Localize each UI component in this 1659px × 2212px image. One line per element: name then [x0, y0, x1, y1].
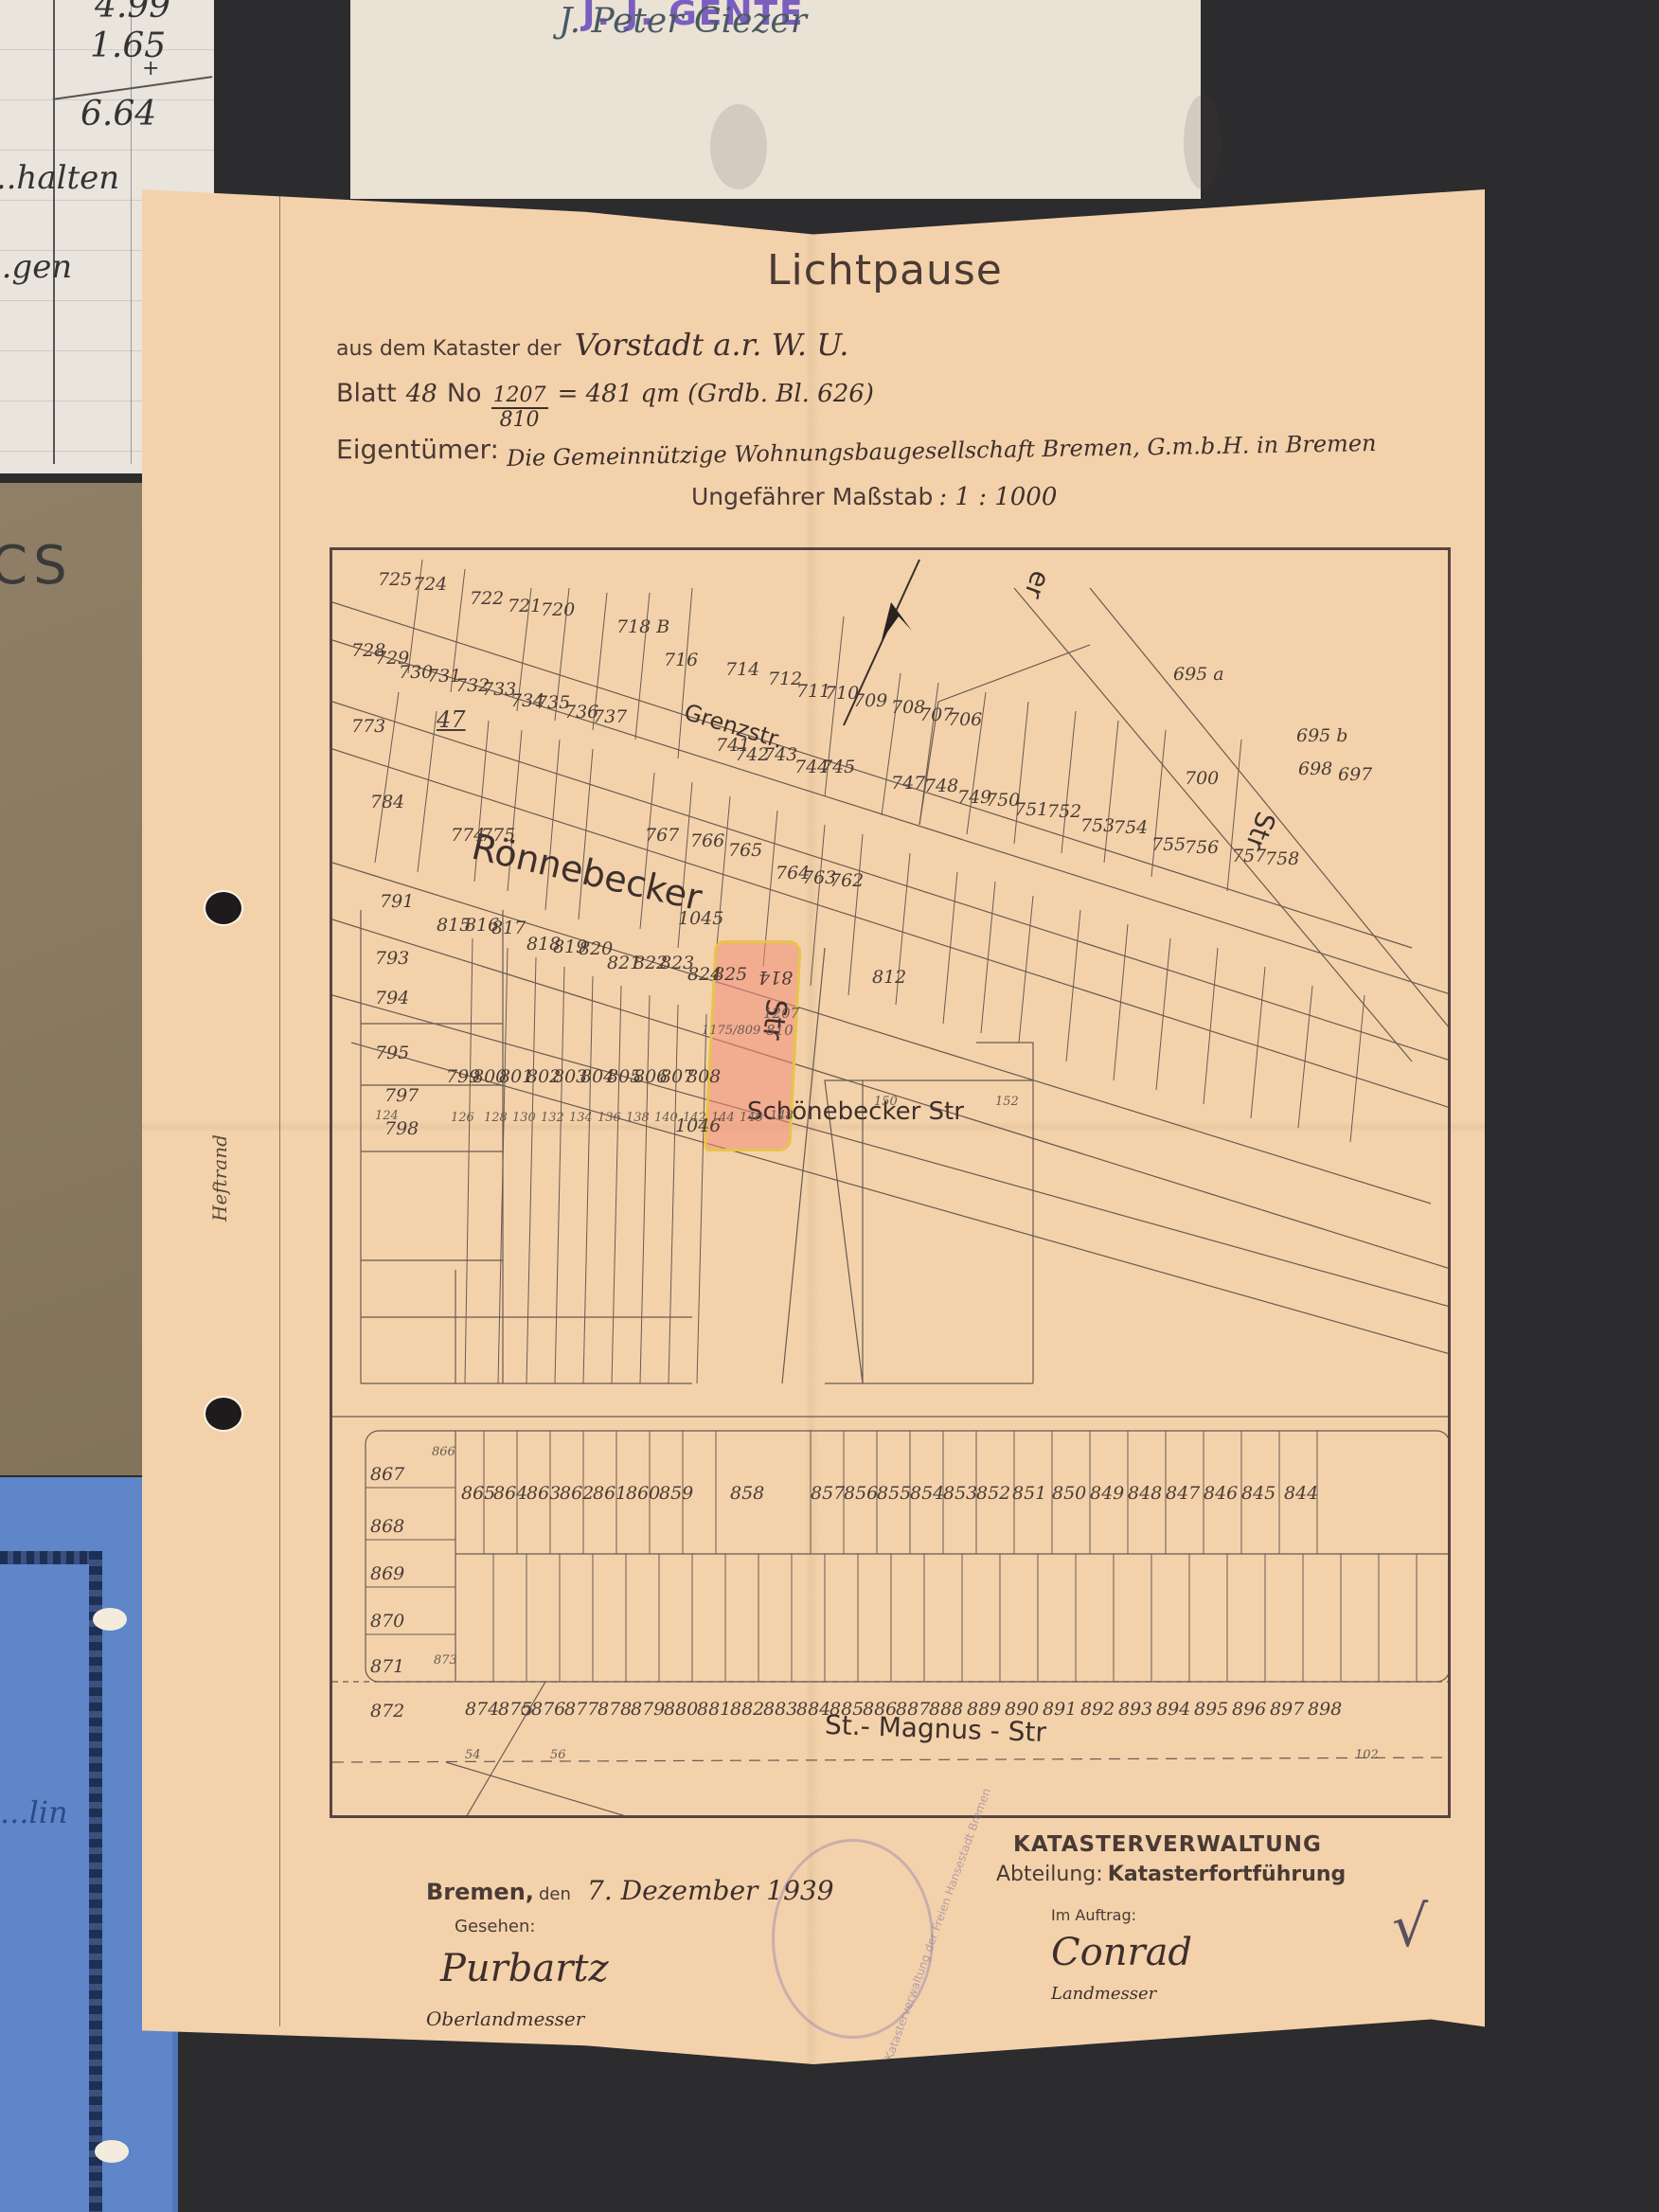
- parcel-label: 862: [560, 1483, 594, 1504]
- punch-hole: [95, 2140, 129, 2163]
- parcel-label: 845: [1241, 1483, 1275, 1504]
- blatt-row: Blatt 48 No 1207 810 = 481 qm (Grdb. Bl.…: [336, 379, 874, 432]
- parcel-label: 695 b: [1296, 725, 1347, 746]
- gesehen-label: Gesehen:: [455, 1917, 535, 1936]
- im-auftrag-label: Im Auftrag:: [1051, 1906, 1136, 1924]
- parcel-label: 894: [1156, 1699, 1190, 1720]
- parcel-label: 882: [730, 1699, 764, 1720]
- block-number: 47: [437, 706, 466, 733]
- parcel-label: 775: [481, 825, 515, 846]
- scale-label: Ungefährer Maßstab: [691, 483, 933, 510]
- parcel-label: 1175/809: [702, 1024, 760, 1038]
- parcel-label: 870: [370, 1611, 404, 1632]
- footer-left: Bremen, den 7. Dezember 1939 Gesehen: Pu…: [426, 1875, 834, 1906]
- department-label: Abteilung:: [996, 1863, 1103, 1886]
- lichtpause-document: Heftrand Lichtpause aus dem Kataster der…: [142, 189, 1485, 2064]
- letter-sheet: J. J. GENTE J. Peter Giezer: [350, 0, 1201, 199]
- parcel-label: 860: [626, 1483, 660, 1504]
- parcel-label: 888: [929, 1699, 963, 1720]
- parcel-label: 898: [1308, 1699, 1342, 1720]
- booklet-handwriting: ...lin: [0, 1794, 68, 1830]
- house-number: 124: [375, 1109, 399, 1123]
- parcel-label: 725: [378, 569, 412, 590]
- parcel-label: 854: [910, 1483, 944, 1504]
- parcel-label: 814: [758, 967, 793, 988]
- parcel-label: 866: [432, 1445, 455, 1459]
- parcel-label: 793: [375, 948, 409, 969]
- parcel-label: 896: [1232, 1699, 1266, 1720]
- house-number: 142: [683, 1111, 706, 1125]
- scale-row: Ungefährer Maßstab : 1 : 1000: [691, 483, 1057, 511]
- ledger-sum: 6.64: [80, 95, 156, 134]
- signature-right: Conrad: [1051, 1931, 1192, 1974]
- parcel-label: 852: [976, 1483, 1010, 1504]
- parcel-label: 762: [829, 870, 864, 891]
- parcel-label: 886: [863, 1699, 897, 1720]
- ledger-handwriting: ...gen: [0, 248, 72, 286]
- house-number: 128: [484, 1111, 508, 1125]
- parcel-label: 745: [821, 757, 855, 777]
- house-number: 150: [874, 1095, 898, 1109]
- parcel-label: 784: [370, 792, 404, 812]
- parcel-label: 858: [730, 1483, 764, 1504]
- folder-title: CS: [0, 535, 73, 597]
- parcel-label: 889: [967, 1699, 1001, 1720]
- ledger-rule: [131, 0, 132, 464]
- kataster-value: Vorstadt a.r. W. U.: [575, 327, 849, 363]
- parcel-label: 722: [470, 588, 504, 609]
- parcel-label: 773: [351, 716, 385, 737]
- parcel-label: 884: [796, 1699, 830, 1720]
- house-number: 138: [626, 1111, 650, 1125]
- parcel-label: 747: [891, 773, 925, 794]
- parcel-label: 767: [645, 825, 679, 846]
- kataster-row: aus dem Kataster der Vorstadt a.r. W. U.: [336, 327, 848, 363]
- highlighted-parcel-label: 810: [766, 1022, 794, 1039]
- parcel-label: 766: [690, 830, 724, 851]
- document-title: Lichtpause: [767, 246, 1003, 294]
- ledger-handwriting: ...halten: [0, 159, 119, 197]
- parcel-label: 851: [1012, 1483, 1046, 1504]
- parcel-label: 885: [829, 1699, 864, 1720]
- ornamental-border: [0, 1551, 100, 1564]
- parcel-label: 849: [1090, 1483, 1124, 1504]
- owner-value: Die Gemeinnützige Wohnungsbaugesellschaf…: [507, 430, 1377, 472]
- house-number: 130: [512, 1111, 536, 1125]
- department-value: Katasterfortführung: [1108, 1863, 1347, 1886]
- parcel-label: 880: [664, 1699, 698, 1720]
- parcel-label: 877: [564, 1699, 598, 1720]
- owner-row: Eigentümer: Die Gemeinnützige Wohnungsba…: [336, 434, 1376, 465]
- parcel-label: 868: [370, 1516, 404, 1537]
- parcel-label: 748: [924, 776, 958, 796]
- house-number: 132: [541, 1111, 564, 1125]
- signatory-title-right: Landmesser: [1051, 1984, 1156, 2004]
- parcel-label: 876: [531, 1699, 565, 1720]
- ornamental-border: [89, 1551, 102, 2212]
- parcel-label: 743: [763, 744, 797, 765]
- cadastral-map: Grenzstr. Rönnebecker Schönebecker Str S…: [330, 547, 1451, 1818]
- parcel-label: 874: [465, 1699, 499, 1720]
- parcel-label: 857: [811, 1483, 845, 1504]
- parcel-label: 869: [370, 1563, 404, 1584]
- parcel-label: 891: [1043, 1699, 1077, 1720]
- parcel-label: 791: [380, 891, 414, 912]
- official-seal: Katasterverwaltung der Freien Hansestadt…: [772, 1839, 934, 2039]
- parcel-denominator: 810: [500, 409, 540, 432]
- parcel-label: 850: [1052, 1483, 1086, 1504]
- margin-note: Heftrand: [208, 1134, 231, 1222]
- house-number: 134: [569, 1111, 593, 1125]
- parcel-label: 757: [1232, 846, 1266, 866]
- parcel-numerator: 1207: [491, 384, 548, 409]
- parcel-fraction: 1207 810: [491, 384, 548, 432]
- parcel-label: 700: [1185, 768, 1219, 789]
- parcel-label: 897: [1270, 1699, 1304, 1720]
- parcel-label: 720: [541, 599, 575, 620]
- parcel-label: 879: [631, 1699, 665, 1720]
- parcel-label: 861: [593, 1483, 627, 1504]
- parcel-label: 797: [384, 1085, 419, 1106]
- parcel-label: 878: [598, 1699, 632, 1720]
- parcel-label: 753: [1080, 815, 1115, 836]
- blatt-value: 48: [406, 380, 437, 408]
- department: Abteilung: Katasterfortführung: [996, 1863, 1346, 1886]
- parcel-label: 755: [1151, 834, 1186, 855]
- house-number: 146: [740, 1111, 763, 1125]
- parcel-area: = 481 qm (Grdb. Bl. 626): [558, 380, 874, 408]
- parcel-label: 883: [763, 1699, 797, 1720]
- parcel-label: 752: [1047, 801, 1081, 822]
- parcel-label: 847: [1166, 1483, 1200, 1504]
- parcel-label: 856: [844, 1483, 878, 1504]
- house-number: 140: [654, 1111, 678, 1125]
- highlighted-parcel-label: 1207: [763, 1005, 799, 1022]
- signature: J. Peter Giezer: [559, 2, 807, 41]
- parcel-label: 695 a: [1173, 664, 1224, 685]
- parcel-label: 698: [1298, 758, 1332, 779]
- punch-hole: [205, 892, 241, 924]
- seal-text: Katasterverwaltung der Freien Hansestadt…: [883, 1786, 993, 2061]
- parcel-label: 697: [1338, 764, 1372, 785]
- parcel-label: 718 B: [616, 616, 669, 637]
- parcel-label: 794: [375, 988, 409, 1008]
- parcel-label: 887: [896, 1699, 930, 1720]
- parcel-label: 714: [725, 659, 759, 680]
- parcel-label: 855: [877, 1483, 911, 1504]
- parcel-label: 808: [687, 1066, 721, 1087]
- stamp-smudge: [1184, 95, 1222, 189]
- parcel-label: 865: [461, 1483, 495, 1504]
- house-number: 56: [550, 1748, 566, 1762]
- scale-value: : 1 : 1000: [938, 483, 1057, 511]
- parcel-label: 825: [713, 964, 747, 985]
- punch-hole: [205, 1398, 241, 1430]
- parcel-label: 724: [413, 574, 447, 595]
- parcel-label: 1045: [678, 908, 723, 929]
- house-number: 126: [451, 1111, 474, 1125]
- house-number: 54: [465, 1748, 481, 1762]
- parcel-label: 846: [1204, 1483, 1238, 1504]
- parcel-label: 872: [370, 1701, 404, 1721]
- parcel-label: 756: [1185, 837, 1219, 858]
- parcel-label: 859: [659, 1483, 693, 1504]
- house-number: 148: [770, 1109, 794, 1123]
- parcel-label: 875: [498, 1699, 532, 1720]
- parcel-label: 716: [664, 650, 698, 670]
- parcel-label: 890: [1005, 1699, 1039, 1720]
- parcel-label: 754: [1114, 817, 1148, 838]
- ledger-rule: [53, 0, 55, 464]
- house-number: 136: [598, 1111, 621, 1125]
- parcel-label: 853: [943, 1483, 977, 1504]
- parcel-label: 892: [1080, 1699, 1115, 1720]
- parcel-label: 812: [872, 967, 906, 988]
- parcel-label: 721: [508, 596, 542, 616]
- parcel-label: 864: [493, 1483, 527, 1504]
- ledger-value: 4.99: [95, 0, 170, 26]
- house-number: 152: [995, 1095, 1019, 1109]
- owner-label: Eigentümer:: [336, 434, 499, 465]
- parcel-label: 758: [1265, 848, 1299, 869]
- parcel-label: 863: [526, 1483, 561, 1504]
- parcel-label: 709: [853, 690, 887, 711]
- check-mark: √: [1392, 1894, 1428, 1960]
- punch-hole: [93, 1608, 127, 1631]
- parcel-label: 844: [1284, 1483, 1318, 1504]
- house-number: 102: [1355, 1748, 1379, 1762]
- organization: KATASTERVERWALTUNG: [1013, 1832, 1322, 1857]
- parcel-label: 751: [1014, 799, 1048, 820]
- signatory-title-left: Oberlandmesser: [426, 2007, 584, 2030]
- parcel-label: 895: [1194, 1699, 1228, 1720]
- parcel-label: 871: [370, 1656, 404, 1677]
- parcel-label: 881: [697, 1699, 731, 1720]
- signature-left: Purbartz: [440, 1947, 609, 1990]
- stamp-smudge: [710, 104, 767, 189]
- place: Bremen,: [426, 1879, 534, 1905]
- parcel-label: 765: [728, 840, 762, 861]
- parcel-label: 873: [434, 1653, 457, 1668]
- parcel-lines: [332, 550, 1451, 1818]
- house-number: 144: [711, 1111, 735, 1125]
- parcel-label: 848: [1128, 1483, 1162, 1504]
- margin-line: [279, 195, 280, 2026]
- kataster-label: aus dem Kataster der: [336, 337, 562, 361]
- parcel-label: 867: [370, 1464, 404, 1485]
- parcel-label: 817: [491, 918, 526, 938]
- ledger-value: +: [142, 57, 159, 80]
- no-label: No: [447, 379, 482, 408]
- parcel-label: 795: [375, 1043, 409, 1063]
- blatt-label: Blatt: [336, 379, 397, 408]
- parcel-label: 706: [948, 709, 982, 730]
- parcel-label: 893: [1118, 1699, 1152, 1720]
- parcel-label: 737: [593, 706, 627, 727]
- den-label: den: [539, 1884, 571, 1904]
- parcel-label: 774: [451, 825, 485, 846]
